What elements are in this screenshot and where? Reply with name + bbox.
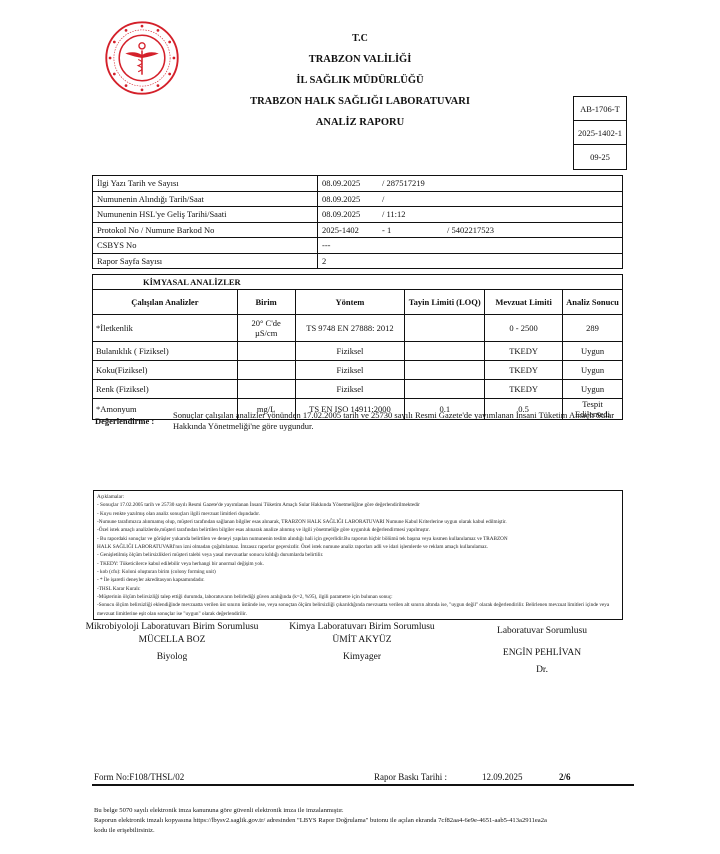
analysis-method: Fiziksel bbox=[295, 361, 405, 380]
signature-title: Dr. bbox=[452, 665, 632, 676]
info-value: 08.09.2025/ 11:12 bbox=[318, 207, 623, 223]
info-value: 08.09.2025/ 287517219 bbox=[318, 176, 623, 192]
note-line: - TKEDY: Tüketicilerce kabul edilebilir … bbox=[97, 560, 619, 568]
info-value-1: 08.09.2025 bbox=[322, 209, 382, 219]
print-date-label: Rapor Baskı Tarihi : bbox=[374, 772, 447, 782]
analysis-loq bbox=[405, 361, 485, 380]
chemical-analysis-table: KİMYASAL ANALİZLER Çalışılan AnalizlerBi… bbox=[92, 274, 623, 420]
note-line: -Sonucu ölçüm belirsizliği eklendiğinde … bbox=[97, 601, 619, 618]
page-number: 2/6 bbox=[559, 772, 571, 782]
info-value-3: / 5402217523 bbox=[447, 225, 494, 235]
notes-title: Açıklamalar: bbox=[97, 493, 619, 501]
analysis-name: *İletkenlik bbox=[93, 315, 238, 342]
analysis-result: Uygun bbox=[563, 380, 623, 399]
analysis-row: Renk (Fiziksel)FizikselTKEDYUygun bbox=[93, 380, 623, 399]
sample-info-table: İlgi Yazı Tarih ve Sayısı08.09.2025/ 287… bbox=[92, 175, 623, 269]
analysis-unit: 20° C'de µS/cm bbox=[237, 315, 295, 342]
analysis-method: Fiziksel bbox=[295, 342, 405, 361]
signature-role: Mikrobiyoloji Laboratuvarı Birim Sorumlu… bbox=[82, 622, 262, 633]
analysis-limit: 0 - 2500 bbox=[485, 315, 563, 342]
info-row: Protokol No / Numune Barkod No2025-1402-… bbox=[93, 222, 623, 238]
e-signature-line-2: Raporun elektronik imzalı kopyasına http… bbox=[94, 816, 634, 826]
signature-name: ENGİN PEHLİVAN bbox=[452, 648, 632, 659]
info-row: Numunenin HSL'ye Geliş Tarihi/Saati08.09… bbox=[93, 207, 623, 223]
analysis-method: TS 9748 EN 27888: 2012 bbox=[295, 315, 405, 342]
analysis-unit bbox=[237, 380, 295, 399]
form-number: Form No:F108/THSL/02 bbox=[94, 772, 184, 782]
info-row: CSBYS No--- bbox=[93, 238, 623, 254]
signature-role: Kimya Laboratuvarı Birim Sorumlusu bbox=[272, 622, 452, 633]
info-value-1: 08.09.2025 bbox=[322, 194, 382, 204]
info-row: İlgi Yazı Tarih ve Sayısı08.09.2025/ 287… bbox=[93, 176, 623, 192]
info-value-2: - 1 bbox=[382, 225, 447, 235]
notes-box: Açıklamalar: - Sonuçlar 17.02.2005 tarih… bbox=[93, 490, 623, 620]
column-header: Tayin Limiti (LOQ) bbox=[405, 290, 485, 315]
evaluation-label: Değerlendirme : bbox=[95, 416, 154, 426]
column-header: Mevzuat Limiti bbox=[485, 290, 563, 315]
analysis-result: 289 bbox=[563, 315, 623, 342]
note-line: -Numune tarafımızca alınmamış olup, müşt… bbox=[97, 518, 619, 526]
e-signature-line-1: Bu belge 5070 sayılı elektronik imza kan… bbox=[94, 806, 634, 816]
info-label: İlgi Yazı Tarih ve Sayısı bbox=[93, 176, 318, 192]
note-line: - kob (cfu): Koloni oluşturan birim (col… bbox=[97, 568, 619, 576]
analysis-loq bbox=[405, 342, 485, 361]
info-value-2: / bbox=[382, 194, 447, 204]
analysis-row: *İletkenlik20° C'de µS/cmTS 9748 EN 2788… bbox=[93, 315, 623, 342]
note-line: - Sonuçlar 17.02.2005 tarih ve 25730 say… bbox=[97, 501, 619, 509]
e-signature-line-3: kodu ile erişebilirsiniz. bbox=[94, 826, 634, 836]
signature-microbiology: Mikrobiyoloji Laboratuvarı Birim Sorumlu… bbox=[82, 622, 262, 663]
info-value-1: 2 bbox=[322, 256, 382, 266]
accreditation-code: AB-1706-T bbox=[574, 97, 626, 121]
info-label: Numunenin HSL'ye Geliş Tarihi/Saati bbox=[93, 207, 318, 223]
analysis-name: Bulanıklık ( Fiziksel) bbox=[93, 342, 238, 361]
note-line: - Kuyu renkte yazılmış olan analiz sonuç… bbox=[97, 510, 619, 518]
column-header: Yöntem bbox=[295, 290, 405, 315]
column-header: Birim bbox=[237, 290, 295, 315]
info-value-2: / 287517219 bbox=[382, 178, 447, 188]
info-row: Rapor Sayfa Sayısı2 bbox=[93, 253, 623, 269]
header-directorate: İL SAĞLIK MÜDÜRLÜĞÜ bbox=[0, 70, 720, 91]
note-line: -Özel istek amaçlı analizlerde,müşteri t… bbox=[97, 526, 619, 534]
note-line: - Genişletilmiş ölçüm belirsizlikleri mü… bbox=[97, 551, 619, 559]
analysis-unit bbox=[237, 342, 295, 361]
note-line: HALK SAĞLIĞI LABORATUVARI'nın izni olmad… bbox=[97, 543, 619, 551]
note-line: -Müşterinin ölçüm belirsizliği talep ett… bbox=[97, 593, 619, 601]
column-header: Çalışılan Analizler bbox=[93, 290, 238, 315]
signature-lab-head: Laboratuvar Sorumlusu ENGİN PEHLİVAN Dr. bbox=[452, 622, 632, 676]
analysis-row: Koku(Fiziksel)FizikselTKEDYUygun bbox=[93, 361, 623, 380]
evaluation-text: Sonuçlar çalışılan analizler yönünden 17… bbox=[173, 410, 618, 432]
info-label: CSBYS No bbox=[93, 238, 318, 254]
analysis-result: Uygun bbox=[563, 342, 623, 361]
info-label: Numunenin Alındığı Tarih/Saat bbox=[93, 191, 318, 207]
print-date: 12.09.2025 bbox=[482, 772, 523, 782]
signature-title: Kimyager bbox=[272, 652, 452, 663]
signature-title: Biyolog bbox=[82, 652, 262, 663]
analysis-name: Renk (Fiziksel) bbox=[93, 380, 238, 399]
info-row: Numunenin Alındığı Tarih/Saat08.09.2025/ bbox=[93, 191, 623, 207]
analysis-loq bbox=[405, 315, 485, 342]
analysis-limit: TKEDY bbox=[485, 361, 563, 380]
column-header: Analiz Sonucu bbox=[563, 290, 623, 315]
report-code-box: AB-1706-T 2025-1402-1 09-25 bbox=[573, 96, 627, 170]
period-code: 09-25 bbox=[574, 145, 626, 169]
signature-role: Laboratuvar Sorumlusu bbox=[452, 626, 632, 637]
analysis-limit: TKEDY bbox=[485, 342, 563, 361]
info-value-2: / 11:12 bbox=[382, 209, 447, 219]
section-title: KİMYASAL ANALİZLER bbox=[93, 275, 623, 290]
info-value: 08.09.2025/ bbox=[318, 191, 623, 207]
info-label: Rapor Sayfa Sayısı bbox=[93, 253, 318, 269]
e-signature-note: Bu belge 5070 sayılı elektronik imza kan… bbox=[94, 806, 634, 836]
info-value: 2 bbox=[318, 253, 623, 269]
info-value-1: --- bbox=[322, 240, 382, 250]
info-value-1: 2025-1402 bbox=[322, 225, 382, 235]
note-line: - * İle işaretli deneyler akreditasyon k… bbox=[97, 576, 619, 584]
note-line: -THSL Karar Kuralı: bbox=[97, 585, 619, 593]
info-value: 2025-1402- 1/ 5402217523 bbox=[318, 222, 623, 238]
info-label: Protokol No / Numune Barkod No bbox=[93, 222, 318, 238]
protocol-code: 2025-1402-1 bbox=[574, 121, 626, 145]
info-value-1: 08.09.2025 bbox=[322, 178, 382, 188]
analysis-unit bbox=[237, 361, 295, 380]
analysis-method: Fiziksel bbox=[295, 380, 405, 399]
signature-name: ÜMİT AKYÜZ bbox=[272, 635, 452, 646]
page-footer: Form No:F108/THSL/02 Rapor Baskı Tarihi … bbox=[92, 770, 634, 786]
analysis-limit: TKEDY bbox=[485, 380, 563, 399]
analysis-loq bbox=[405, 380, 485, 399]
info-value: --- bbox=[318, 238, 623, 254]
analysis-result: Uygun bbox=[563, 361, 623, 380]
signature-name: MÜCELLA BOZ bbox=[82, 635, 262, 646]
header-tc: T.C bbox=[0, 28, 720, 49]
note-line: - Bu rapordaki sonuçlar ve görüşler yuka… bbox=[97, 535, 619, 543]
header-governorate: TRABZON VALİLİĞİ bbox=[0, 49, 720, 70]
analysis-name: Koku(Fiziksel) bbox=[93, 361, 238, 380]
signature-chemistry: Kimya Laboratuvarı Birim Sorumlusu ÜMİT … bbox=[272, 622, 452, 663]
analysis-row: Bulanıklık ( Fiziksel)FizikselTKEDYUygun bbox=[93, 342, 623, 361]
